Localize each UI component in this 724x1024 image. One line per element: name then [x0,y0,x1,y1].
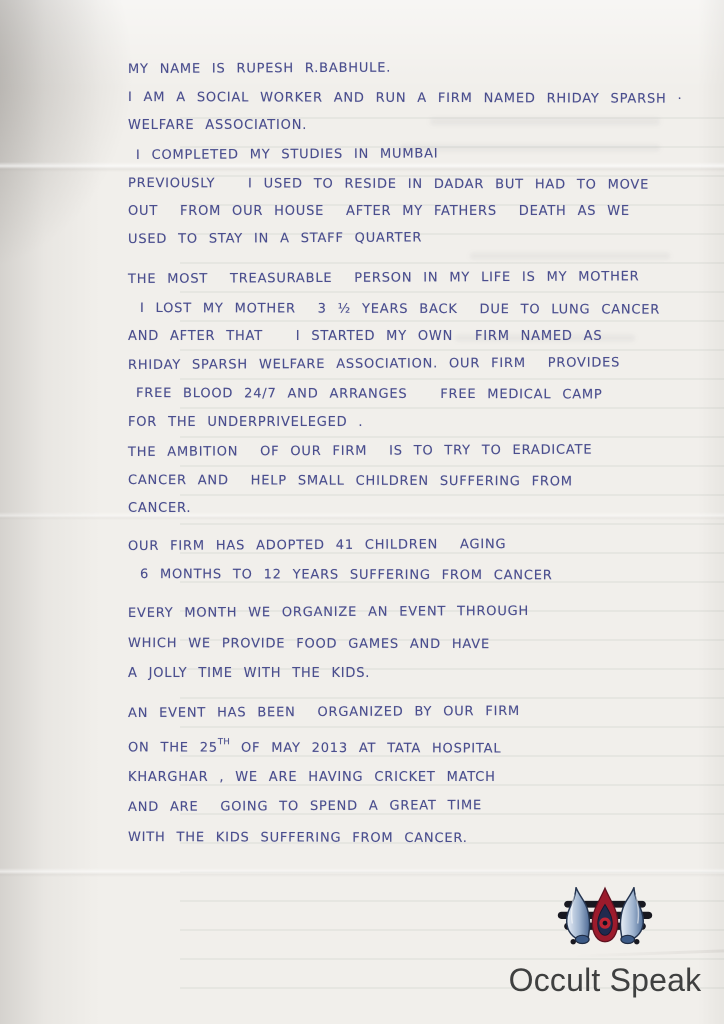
handwritten-line: CANCER. [128,495,688,523]
handwritten-line: A JOLLY TIME WITH THE KIDS. [128,659,688,689]
handwritten-line: OUR FIRM HAS ADOPTED 41 CHILDREN AGING [128,530,688,561]
logo-drop-eye [592,888,617,942]
handwritten-line: MY NAME IS RUPESH R.BABHULE. [128,53,688,84]
letter-paragraph-upcoming-event: AN EVENT HAS BEEN ORGANIZED BY OUR FIRM … [128,699,688,853]
letter-paragraph-events: EVERY MONTH WE ORGANIZE AN EVENT THROUGH… [128,599,688,689]
handwritten-line: 6 MONTHS TO 12 YEARS SUFFERING FROM CANC… [140,561,688,591]
line-segment: ON THE 25 [128,740,218,755]
handwritten-line: THE AMBITION OF OUR FIRM IS TO TRY TO ER… [128,436,688,467]
handwritten-line: OUT FROM OUR HOUSE AFTER MY FATHERS DEAT… [128,198,688,226]
handwritten-line: FOR THE UNDERPRIVELEGED . [128,409,688,438]
handwritten-line: WITH THE KIDS SUFFERING FROM CANCER. [128,823,688,855]
line-segment: OF MAY 2013 AT TATA HOSPITAL [230,741,501,757]
scanned-letter-page: MY NAME IS RUPESH R.BABHULE. I AM A SOCI… [0,0,724,1024]
letter-paragraph-background: I COMPLETED MY STUDIES IN MUMBAI PREVIOU… [128,142,688,254]
handwritten-line: EVERY MONTH WE ORGANIZE AN EVENT THROUGH [128,596,688,629]
handwritten-line: AN EVENT HAS BEEN ORGANIZED BY OUR FIRM [128,696,688,729]
handwritten-line: RHIDAY SPARSH WELFARE ASSOCIATION. OUR F… [128,349,688,380]
handwritten-line: I AM A SOCIAL WORKER AND RUN A FIRM NAME… [128,84,688,114]
letter-paragraph-ambition: THE AMBITION OF OUR FIRM IS TO TRY TO ER… [128,439,688,523]
letter-paragraph-intro: MY NAME IS RUPESH R.BABHULE. I AM A SOCI… [128,56,688,140]
handwritten-line: THE MOST TREASURABLE PERSON IN MY LIFE I… [128,263,688,294]
logo-horn-left [567,887,590,943]
handwritten-line: WELFARE ASSOCIATION. [128,112,688,140]
occult-speak-logo-icon [546,882,664,956]
handwritten-line: FREE BLOOD 24/7 AND ARRANGES FREE MEDICA… [136,380,688,410]
occult-speak-wordmark: Occult Speak [509,962,702,999]
letter-paragraph-adoption: OUR FIRM HAS ADOPTED 41 CHILDREN AGING 6… [128,533,688,589]
letter-paragraph-mother: THE MOST TREASURABLE PERSON IN MY LIFE I… [128,266,688,437]
handwritten-line: AND AFTER THAT I STARTED MY OWN FIRM NAM… [128,323,688,352]
handwritten-line: KHARGHAR , WE ARE HAVING CRICKET MATCH [128,763,688,793]
handwritten-line: PREVIOUSLY I USED TO RESIDE IN DADAR BUT… [128,170,688,200]
handwritten-line: ON THE 25TH OF MAY 2013 AT TATA HOSPITAL [128,729,688,765]
handwritten-line: AND ARE GOING TO SPEND A GREAT TIME [128,790,688,823]
letter-body: MY NAME IS RUPESH R.BABHULE. I AM A SOCI… [128,56,688,853]
occult-speak-branding: Occult Speak [500,882,710,999]
handwritten-line: WHICH WE PROVIDE FOOD GAMES AND HAVE [128,629,688,661]
handwritten-line: CANCER AND HELP SMALL CHILDREN SUFFERING… [128,467,688,497]
ordinal-superscript: TH [218,737,230,747]
logo-horn-right [620,887,643,943]
handwritten-line: I LOST MY MOTHER 3 ½ YEARS BACK DUE TO L… [140,295,688,325]
paper-crease [0,868,724,877]
handwritten-line: USED TO STAY IN A STAFF QUARTER [128,223,688,254]
handwritten-line: I COMPLETED MY STUDIES IN MUMBAI [136,139,688,170]
